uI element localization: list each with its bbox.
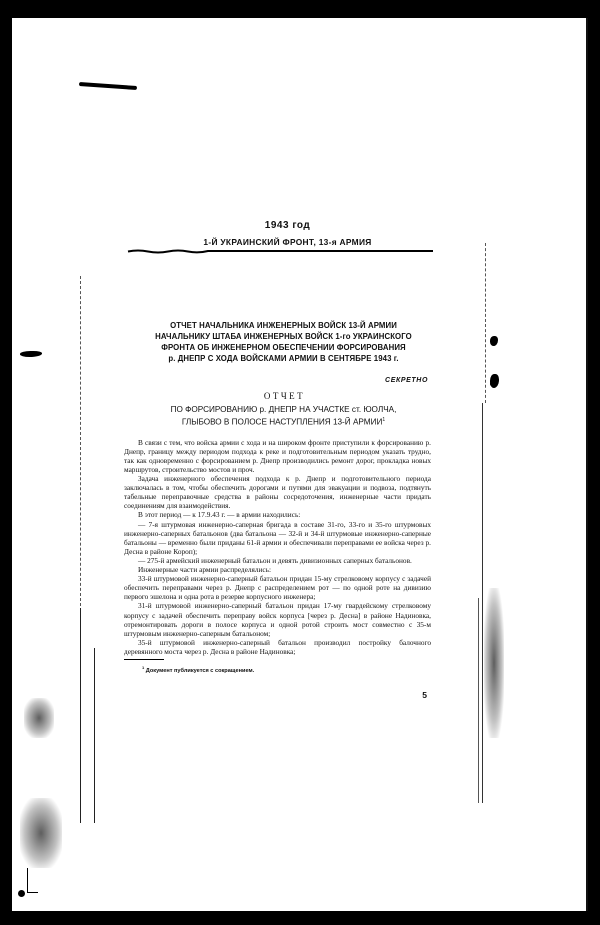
subtitle-line: ГЛЫБОВО В ПОЛОСЕ НАСТУПЛЕНИЯ 13-Й АРМИИ1	[134, 415, 433, 428]
right-binding-line-2	[478, 598, 479, 803]
right-binding-dots	[485, 243, 488, 403]
page-edge-shadow	[586, 18, 588, 911]
paragraph: — 7-я штурмовая инженерно-саперная брига…	[124, 520, 431, 556]
left-binding-line-inner	[94, 648, 95, 823]
section-subtitle: ПО ФОРСИРОВАНИЮ р. ДНЕПР НА УЧАСТКЕ ст. …	[134, 404, 433, 428]
scan-smudge	[20, 798, 62, 868]
year-heading: 1943 год	[142, 220, 433, 231]
scan-smudge	[484, 588, 504, 738]
scan-smudge	[24, 698, 54, 738]
scanned-page-background: 1943 год 1-Й УКРАИНСКИЙ ФРОНТ, 13-я АРМИ…	[0, 0, 600, 925]
footnote: 1 Документ публикуется с сокращением.	[142, 665, 433, 674]
paragraph: Задача инженерного обеспечения подхода к…	[124, 474, 431, 510]
subtitle-line-text: ГЛЫБОВО В ПОЛОСЕ НАСТУПЛЕНИЯ 13-Й АРМИИ	[182, 418, 383, 427]
subtitle-line: ПО ФОРСИРОВАНИЮ р. ДНЕПР НА УЧАСТКЕ ст. …	[134, 404, 433, 415]
paragraph: 33-й штурмовой инженерно-саперный баталь…	[124, 574, 431, 601]
scan-blot	[20, 351, 42, 357]
corner-blot	[18, 890, 25, 897]
header-divider	[0, 249, 433, 252]
paragraph: В этот период — к 17.9.43 г. — в армии н…	[124, 510, 431, 519]
paragraph: 35-й штурмовой инженерно-саперный баталь…	[124, 638, 431, 656]
paragraph: Инженерные части армии распределялись:	[124, 565, 431, 574]
footnote-marker: 1	[142, 665, 144, 670]
scan-artifact-mark	[79, 82, 137, 90]
front-heading: 1-Й УКРАИНСКИЙ ФРОНТ, 13-я АРМИЯ	[142, 237, 433, 247]
corner-mark	[27, 868, 38, 893]
paragraph: — 275-й армейский инженерный батальон и …	[124, 556, 431, 565]
report-title-line: НАЧАЛЬНИКУ ШТАБА ИНЖЕНЕРНЫХ ВОЙСК 1-го У…	[134, 331, 433, 342]
report-title-line: ФРОНТА ОБ ИНЖЕНЕРНОМ ОБЕСПЕЧЕНИИ ФОРСИРО…	[134, 342, 433, 353]
report-title-line: р. ДНЕПР С ХОДА ВОЙСКАМИ АРМИИ В СЕНТЯБР…	[134, 353, 433, 364]
document-content: 1943 год 1-Й УКРАИНСКИЙ ФРОНТ, 13-я АРМИ…	[128, 220, 433, 700]
left-binding-dots	[80, 276, 83, 606]
classification-label: СЕКРЕТНО	[128, 377, 428, 384]
scan-blot	[490, 336, 498, 346]
footnote-text: Документ публикуется с сокращением.	[146, 668, 254, 674]
report-title-line: ОТЧЕТ НАЧАЛЬНИКА ИНЖЕНЕРНЫХ ВОЙСК 13-Й А…	[134, 320, 433, 331]
report-title: ОТЧЕТ НАЧАЛЬНИКА ИНЖЕНЕРНЫХ ВОЙСК 13-Й А…	[134, 320, 433, 364]
right-binding-line	[482, 403, 483, 803]
paragraph: В связи с тем, что войска армии с хода и…	[124, 438, 431, 474]
paragraph: 31-й штурмовой инженерно-саперный баталь…	[124, 601, 431, 637]
footnote-reference: 1	[382, 417, 385, 423]
page-number: 5	[128, 690, 427, 700]
left-binding-line	[80, 608, 81, 823]
section-title: ОТЧЕТ	[136, 391, 433, 401]
footnote-divider	[124, 659, 164, 660]
body-text: В связи с тем, что войска армии с хода и…	[124, 438, 431, 656]
